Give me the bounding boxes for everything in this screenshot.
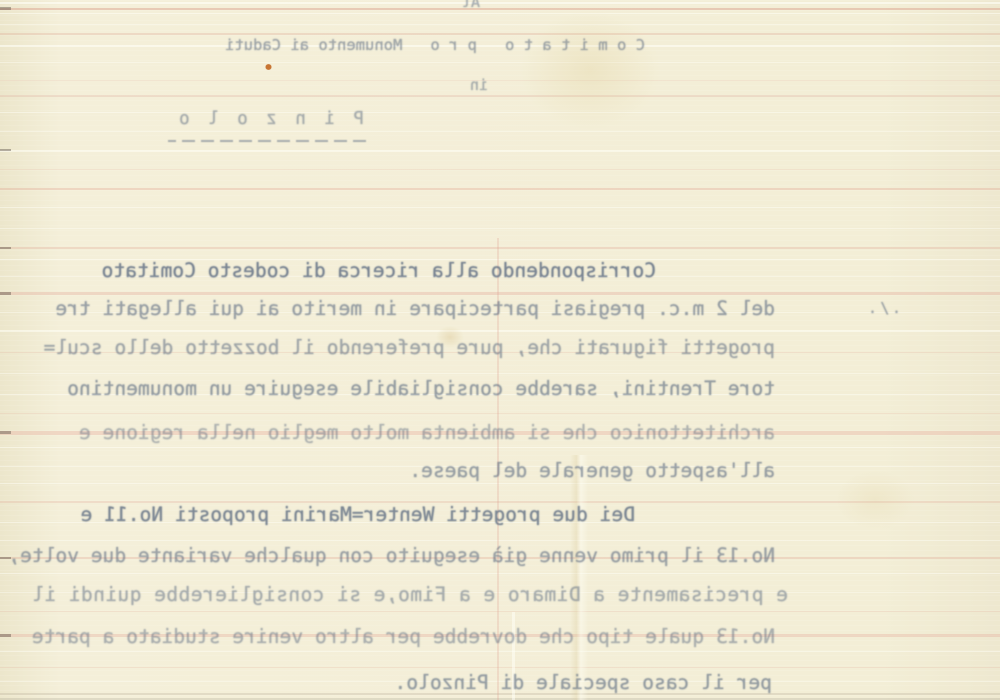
addressee-line: C o m i t a t o p r o Monumento ai Cadut… [225, 35, 645, 55]
body-line: tore Trentini, sarebbe consigliabile ese… [67, 379, 775, 399]
body-line: No.13 il primo venne già eseguito con qu… [8, 546, 775, 566]
mirrored-text-layer: Al C o m i t a t o p r o Monumento ai Ca… [0, 0, 1000, 700]
body-line: all'aspetto generale del paese. [409, 461, 775, 481]
body-line: del 2 m.c. pregiasi partecipare in merit… [55, 299, 775, 319]
salutation-line: Al [462, 0, 480, 12]
scanned-letter-page: { "letter": { "salutation": "Al", "addre… [0, 0, 1000, 700]
preposition-line: in [470, 75, 488, 95]
body-line: progetti figurati che, pure preferendo i… [44, 338, 775, 358]
place-line: P i n z o l o [175, 109, 364, 129]
body-line: Dei due progetti Wenter=Marini proposti … [81, 505, 635, 525]
body-line: Corrispondendo alla ricerca di codesto C… [102, 261, 656, 281]
body-line: architettonico che si ambienta molto meg… [79, 423, 775, 443]
body-line: e precisamente a Dimaro e a Fimo,e si co… [32, 585, 788, 605]
body-line: No.13 quale tipo che dovrebbe per altro … [32, 627, 775, 647]
place-underline [168, 140, 366, 142]
body-line: per il caso speciale di Pinzolo. [395, 673, 773, 693]
margin-continuation-mark: ./. [865, 298, 901, 318]
